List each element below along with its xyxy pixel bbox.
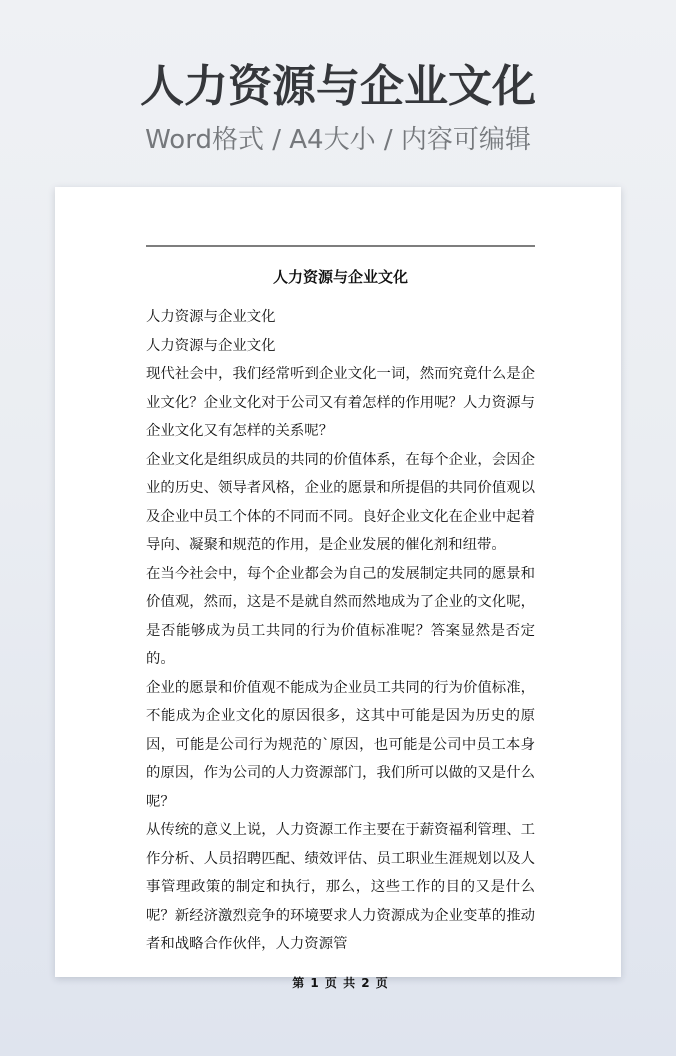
page-number-footer: 第 1 页 共 2 页 [146,974,535,992]
paragraph: 企业的愿景和价值观不能成为企业员工共同的行为价值标准，不能成为企业文化的原因很多… [146,674,535,817]
template-format-subtitle: Word格式 / A4大小 / 内容可编辑 [0,123,676,157]
paragraph: 企业文化是组织成员的共同的价值体系，在每个企业，会因企业的历史、领导者风格，企业… [146,446,535,560]
paragraph: 现代社会中，我们经常听到企业文化一词，然而究竟什么是企业文化？企业文化对于公司又… [146,360,535,446]
document-title: 人力资源与企业文化 [146,263,535,291]
paragraph: 人力资源与企业文化 [146,303,535,332]
paragraph: 在当今社会中，每个企业都会为自己的发展制定共同的愿景和价值观，然而，这是不是就自… [146,560,535,674]
document-body: 人力资源与企业文化人力资源与企业文化现代社会中，我们经常听到企业文化一词，然而究… [146,303,535,959]
template-preview-canvas: 人力资源与企业文化 Word格式 / A4大小 / 内容可编辑 人力资源与企业文… [0,0,676,1056]
template-title: 人力资源与企业文化 [0,0,676,114]
title-divider-line [146,245,535,247]
paragraph: 人力资源与企业文化 [146,332,535,361]
document-page: 人力资源与企业文化 人力资源与企业文化人力资源与企业文化现代社会中，我们经常听到… [55,187,621,977]
preview-header: 人力资源与企业文化 Word格式 / A4大小 / 内容可编辑 [0,0,676,157]
paragraph: 从传统的意义上说，人力资源工作主要在于薪资福利管理、工作分析、人员招聘匹配、绩效… [146,816,535,959]
